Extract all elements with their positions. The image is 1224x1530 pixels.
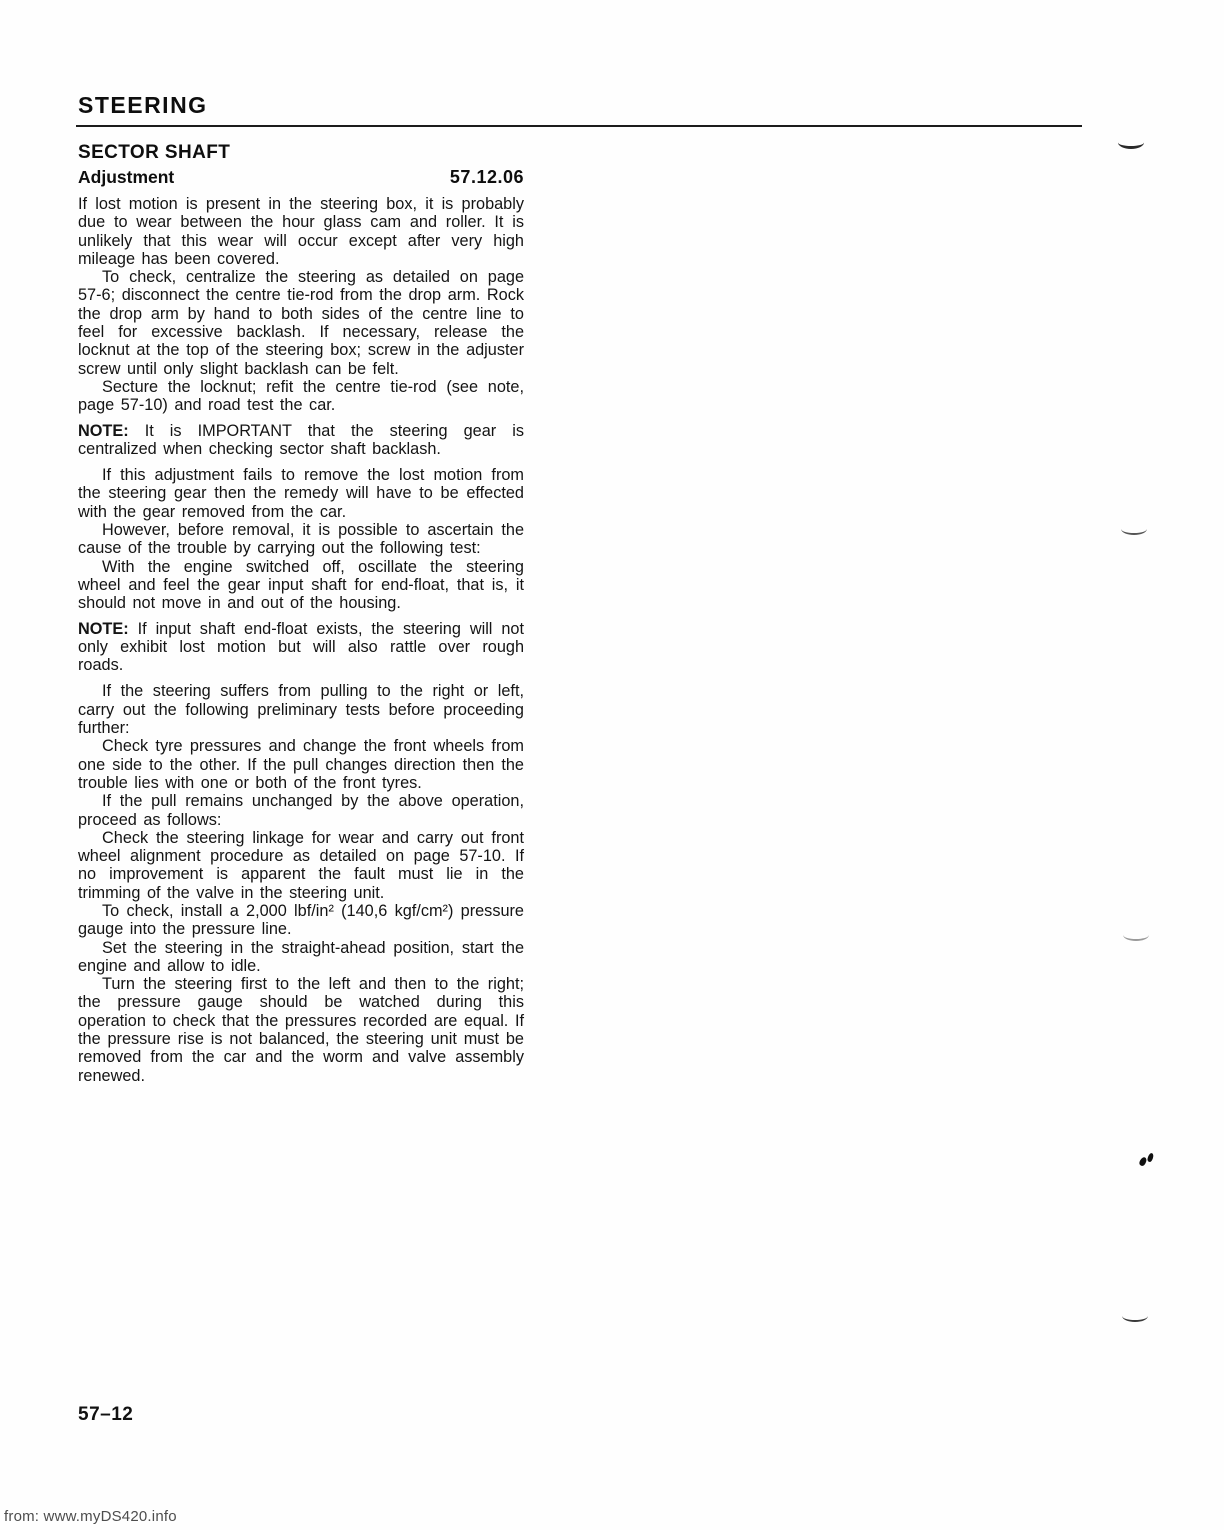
paragraph: If the steering suffers from pulling to …: [78, 682, 524, 737]
paragraph: Check tyre pressures and change the fron…: [78, 737, 524, 792]
note-label: NOTE:: [78, 620, 129, 638]
paragraph: However, before removal, it is possible …: [78, 521, 524, 558]
paragraph: If lost motion is present in the steerin…: [78, 195, 524, 268]
paragraph: To check, install a 2,000 lbf/in² (140,6…: [78, 902, 524, 939]
article-title: SECTOR SHAFT: [78, 142, 524, 164]
paragraph: With the engine switched off, oscillate …: [78, 558, 524, 613]
note-paragraph: NOTE: It is IMPORTANT that the steering …: [78, 422, 524, 459]
note-paragraph: NOTE: If input shaft end-float exists, t…: [78, 620, 524, 675]
paragraph: Set the steering in the straight-ahead p…: [78, 939, 524, 976]
paragraph: Secture the locknut; refit the centre ti…: [78, 378, 524, 415]
paragraph: If this adjustment fails to remove the l…: [78, 466, 524, 521]
note-text: If input shaft end-float exists, the ste…: [78, 620, 524, 675]
page-number: 57–12: [78, 1404, 133, 1426]
operation-code: 57.12.06: [450, 167, 524, 188]
scan-mark-1: [1118, 136, 1144, 149]
subtitle-row: Adjustment 57.12.06: [78, 167, 524, 188]
paragraph: To check, centralize the steering as det…: [78, 268, 524, 378]
note-text: It is IMPORTANT that the steering gear i…: [78, 422, 524, 458]
scan-mark-4: [1138, 1156, 1148, 1167]
header-rule: [76, 125, 1082, 127]
section-title: STEERING: [78, 92, 208, 119]
note-label: NOTE:: [78, 422, 129, 440]
paragraph: Turn the steering first to the left and …: [78, 975, 524, 1085]
manual-page: STEERING SECTOR SHAFT Adjustment 57.12.0…: [0, 0, 1224, 1530]
scan-mark-5: [1147, 1152, 1155, 1162]
paragraph: Check the steering linkage for wear and …: [78, 829, 524, 902]
scan-mark-6: [1122, 1310, 1148, 1322]
source-watermark: from: www.myDS420.info: [4, 1508, 177, 1525]
scan-mark-2: [1121, 523, 1147, 535]
article-sector-shaft: SECTOR SHAFT Adjustment 57.12.06 If lost…: [78, 142, 524, 1085]
article-subtitle: Adjustment: [78, 167, 174, 188]
paragraph: If the pull remains unchanged by the abo…: [78, 792, 524, 829]
scan-mark-3: [1123, 929, 1149, 941]
